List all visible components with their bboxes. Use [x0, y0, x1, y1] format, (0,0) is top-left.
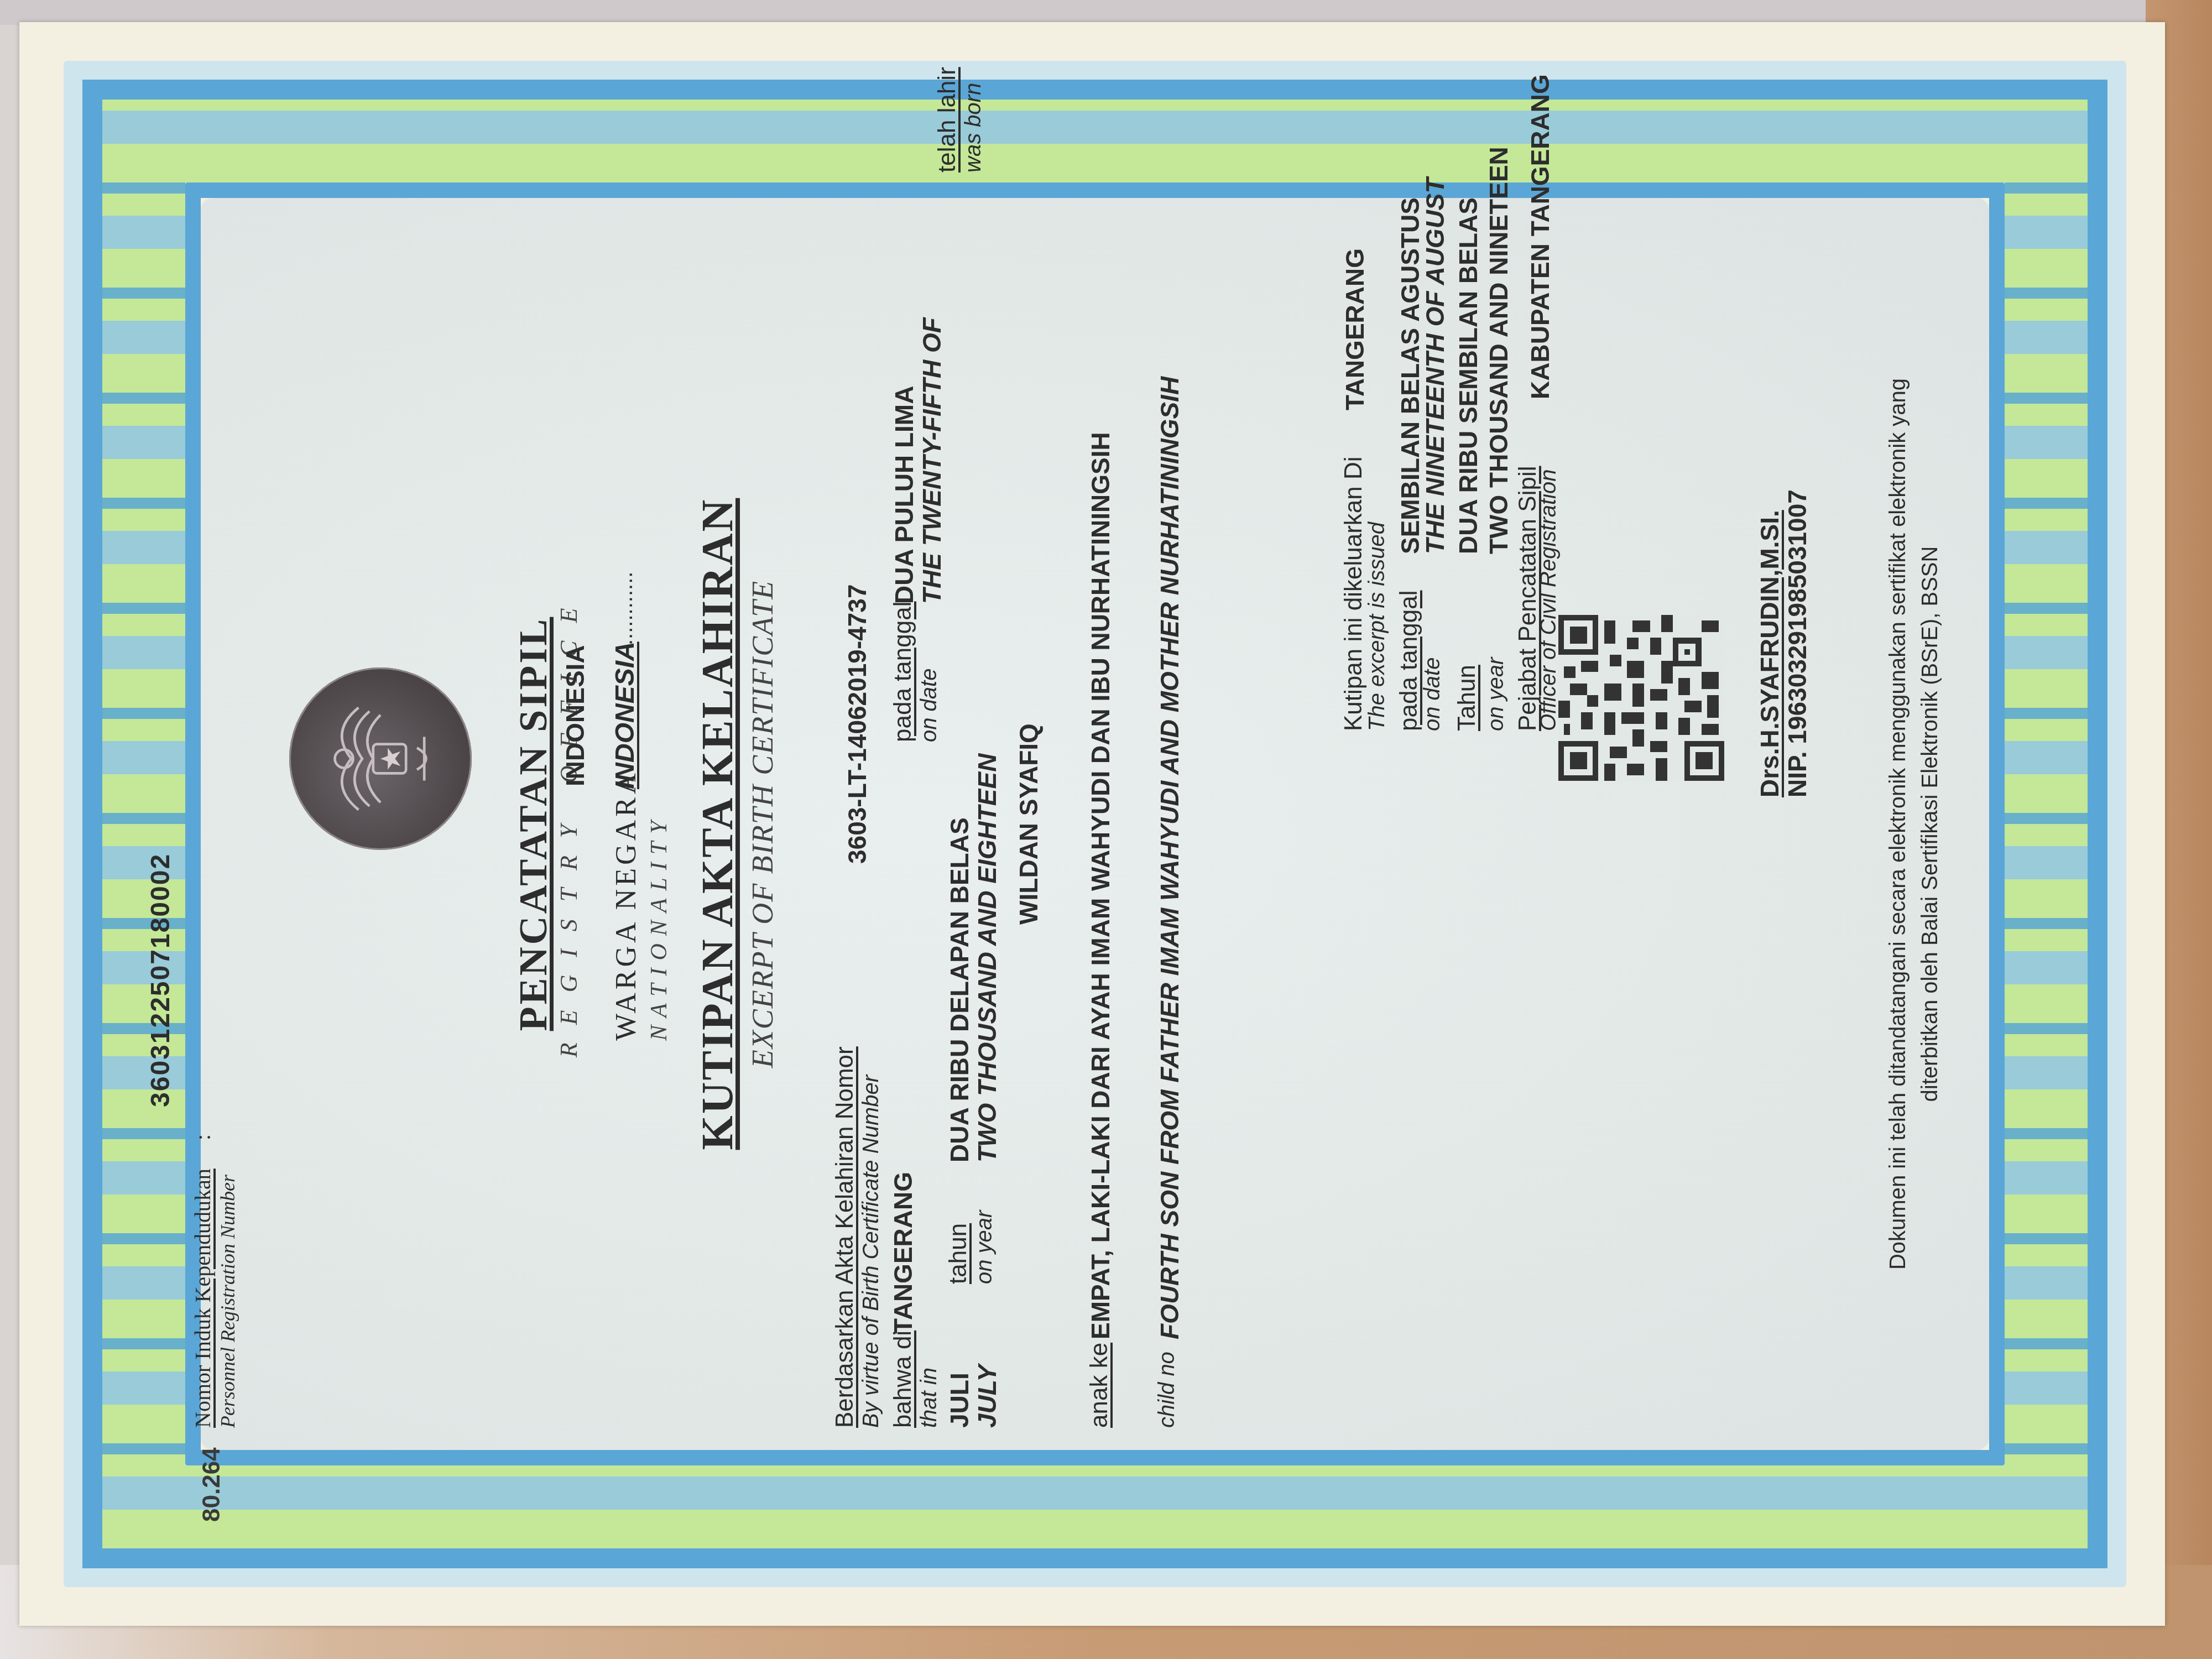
- serial-number: 80.264: [198, 1447, 226, 1522]
- born-label-en: was born: [961, 83, 986, 173]
- child-order-value-en: FOURTH SON FROM FATHER IMAM WAHYUDI AND …: [1155, 377, 1185, 1339]
- birth-certificate-page: 80.264 Nomor Induk Kependudukan Personne…: [19, 22, 2165, 1626]
- nik-label-en: Personnel Registration Number: [216, 1175, 239, 1428]
- child-order-label-en: child no: [1155, 1352, 1180, 1428]
- header-country: INDONESIA: [560, 645, 590, 786]
- birth-date-label: pada tanggal: [889, 602, 917, 742]
- nationality-label-en: NATIONALITY: [646, 813, 672, 1041]
- child-order-value: EMPAT, LAKI-LAKI DARI AYAH IMAM WAHYUDI …: [1086, 432, 1115, 1339]
- birth-month-value-en: JULY: [972, 1365, 1002, 1428]
- place-value: TANGERANG: [888, 1172, 918, 1334]
- issued-year-value-en: TWO THOUSAND AND NINETEEN: [1484, 147, 1514, 554]
- birth-year-label-en: on year: [972, 1211, 997, 1284]
- birth-date-value-en: THE TWENTY-FIFTH OF: [917, 317, 947, 604]
- officer-name: Drs.H.SYAFRUDIN,M.SI.: [1755, 510, 1785, 797]
- footer-line-1: Dokumen ini telah ditandatangani secara …: [1882, 198, 1914, 1450]
- issued-label-en: The excerpt is issued: [1365, 522, 1390, 731]
- birth-month-value: JULI: [945, 1373, 974, 1428]
- cert-number-value: 3603-LT-14062019-4737: [842, 584, 872, 864]
- issued-year-label: Tahun: [1453, 665, 1481, 731]
- issued-year-value: DUA RIBU SEMBILAN BELAS: [1453, 197, 1483, 554]
- born-label: telah lahir: [933, 67, 961, 173]
- issued-year-label-en: on year: [1484, 658, 1509, 731]
- officer-nip: NIP. 196303291985031007: [1782, 489, 1812, 797]
- issued-label: Kutipan ini dikeluarkan Di: [1340, 456, 1368, 731]
- cert-number-label: Berdasarkan Akta Kelahiran Nomor: [831, 1046, 859, 1428]
- birth-year-value: DUA RIBU DELAPAN BELAS: [945, 817, 974, 1162]
- header-title: PENCATATAN SIPIL: [510, 198, 556, 1450]
- child-name: WILDAN SYAFIQ: [1014, 198, 1044, 1450]
- header-title-en: REGISTRY OFFICE: [555, 198, 583, 1450]
- main-title: KUTIPAN AKTA KELAHIRAN: [693, 198, 743, 1450]
- garuda-pancasila-emblem-icon: [289, 667, 472, 850]
- officer-region: KABUPATEN TANGERANG: [1525, 74, 1555, 399]
- main-title-en: EXCERPT OF BIRTH CERTIFICATE: [745, 198, 780, 1450]
- issued-date-label-en: on date: [1420, 658, 1445, 731]
- issued-place: TANGERANG: [1340, 248, 1370, 410]
- birth-year-label: tahun: [945, 1223, 972, 1284]
- electronic-signature-note: Dokumen ini telah ditandatangani secara …: [1882, 198, 1946, 1450]
- birth-year-value-en: TWO THOUSAND AND EIGHTEEN: [972, 754, 1002, 1162]
- birth-date-value: DUA PULUH LIMA: [889, 386, 919, 604]
- nik-label: Nomor Induk Kependudukan: [190, 1168, 216, 1428]
- issued-date-value-en: THE NINETEENTH OF AUGUST: [1420, 178, 1450, 554]
- birth-date-label-en: on date: [917, 669, 942, 742]
- cert-number-label-en: By virtue of Birth Certificate Number: [859, 1075, 884, 1428]
- place-label-en: that in: [917, 1368, 942, 1428]
- nationality-value: INDONESIA: [610, 641, 640, 789]
- certificate-content: 80.264 Nomor Induk Kependudukan Personne…: [201, 198, 1989, 1450]
- place-label: bahwa di: [889, 1331, 917, 1428]
- child-order-label: anak ke: [1086, 1343, 1113, 1428]
- qr-code-icon[interactable]: [1556, 615, 1727, 781]
- issued-date-label: pada tanggal: [1395, 591, 1423, 731]
- nationality-label: WARGA NEGARA: [610, 770, 643, 1041]
- nationality-dots: ............: [613, 572, 638, 645]
- nik-value: 3603122507180002: [145, 853, 176, 1107]
- footer-line-2: diterbitkan oleh Balai Sertifikasi Elekt…: [1914, 198, 1946, 1450]
- desk-background-top: [0, 0, 2212, 25]
- nik-separator: :: [190, 1134, 216, 1140]
